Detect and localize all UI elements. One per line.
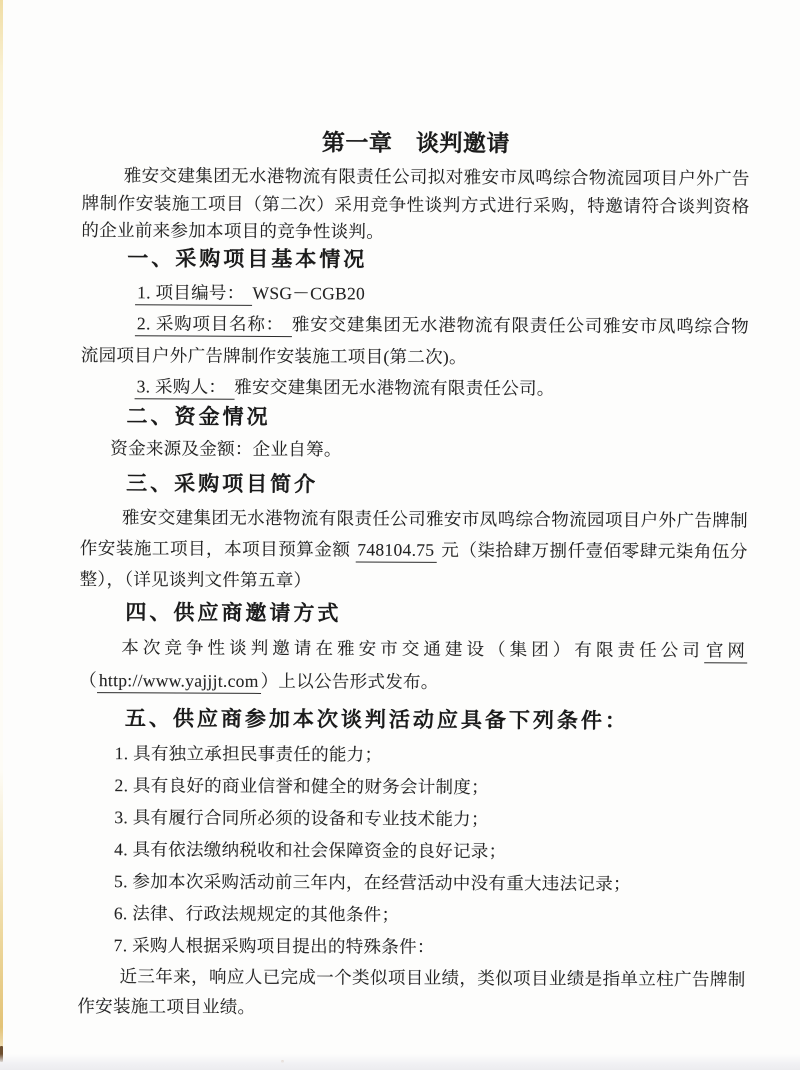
funding-source-line: 资金来源及金额：企业自筹。: [80, 434, 748, 464]
chapter-title: 第一章 谈判邀请: [82, 126, 750, 159]
condition-item-3: 3. 具有履行合同所必须的设备和专业技术能力；: [78, 800, 746, 835]
condition-item-5: 5. 参加本次采购活动前三年内，在经营活动中没有重大违法记录；: [78, 864, 746, 899]
scanned-page: { "colors":{ "paper":"#fdfdfc", "ink":"#…: [0, 0, 800, 1070]
conditions-list: 1. 具有独立承担民事责任的能力； 2. 具有良好的商业信誉和健全的财务会计制度…: [78, 736, 747, 963]
section-heading-funding: 二、资金情况: [126, 403, 748, 434]
condition-item-6: 6. 法律、行政法规规定的其他条件；: [78, 896, 746, 931]
condition-item-1: 1. 具有独立承担民事责任的能力；: [79, 736, 747, 771]
condition-item-4: 4. 具有依法缴纳税收和社会保障资金的良好记录；: [78, 832, 746, 867]
section-heading-supplier-conditions: 五、供应商参加本次谈判活动应具备下列条件：: [125, 705, 747, 736]
section-heading-invitation-method: 四、供应商邀请方式: [125, 599, 747, 630]
scan-bottom-shadow: [0, 1054, 800, 1070]
intro-paragraph: 雅安交建集团无水港物流有限责任公司拟对雅安市凤鸣综合物流园项目户外广告牌制作安装…: [81, 162, 749, 248]
purchaser-item: 3. 采购人：雅安交建集团无水港物流有限责任公司。: [81, 371, 749, 406]
scan-gold-edge: [0, 0, 3, 1070]
condition-item-2: 2. 具有良好的商业信誉和健全的财务会计制度；: [78, 768, 746, 803]
section-heading-basic-info: 一、采购项目基本情况: [127, 245, 749, 276]
announcement-paragraph: 本次竞争性谈判邀请在雅安市交通建设（集团）有限责任公司官网（http://www…: [79, 630, 747, 699]
budget-paragraph: 雅安交建集团无水港物流有限责任公司雅安市凤鸣综合物流园项目户外广告牌制作安装施工…: [80, 501, 748, 597]
condition-item-7: 7. 采购人根据采购项目提出的特殊条件：: [78, 928, 746, 963]
section-heading-project-brief: 三、采购项目简介: [126, 470, 748, 501]
project-number-item: 1. 项目编号：WSG－CGB20: [81, 276, 749, 311]
closing-paragraph: 近三年来，响应人已完成一个类似项目业绩，类似项目业绩是指单立柱广告牌制作安装施工…: [77, 960, 745, 1024]
document-content: 第一章 谈判邀请 雅安交建集团无水港物流有限责任公司拟对雅安市凤鸣综合物流园项目…: [77, 126, 750, 1025]
project-name-item: 2. 采购项目名称：雅安交建集团无水港物流有限责任公司雅安市凤鸣综合物流园项目户…: [81, 308, 749, 374]
